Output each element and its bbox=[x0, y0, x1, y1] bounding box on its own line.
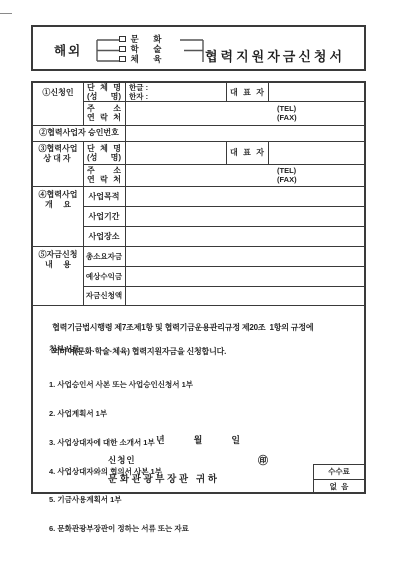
application-form-page: 해외 문 화 학 술 체 육 협력지원자금신청서 bbox=[0, 0, 400, 565]
approval-number-input-area[interactable] bbox=[125, 125, 365, 141]
counterpart-representative-input-area[interactable] bbox=[268, 141, 365, 164]
section-fund-request-label: ⑤자금신청 내 용 bbox=[33, 250, 83, 269]
attachment-item: 6. 문화관광부장관이 정하는 서류 또는 자료 bbox=[49, 524, 193, 534]
counterpart-name-input-area[interactable] bbox=[125, 141, 226, 164]
expected-revenue-label: 예상수익금 bbox=[83, 266, 125, 286]
section-approval-number-label: ②협력사업자 승인번호 bbox=[33, 128, 125, 138]
project-place-input-area[interactable] bbox=[125, 226, 365, 246]
divider bbox=[33, 305, 365, 306]
project-period-input-area[interactable] bbox=[125, 206, 365, 226]
total-funds-input-area[interactable] bbox=[125, 246, 365, 266]
option-label: 문 화 bbox=[131, 34, 162, 44]
recipient-line: 문 화 관 광 부 장 관 귀 하 bbox=[108, 471, 217, 485]
applicant-orgname-label: 단 체 명 (성 명) bbox=[83, 83, 125, 101]
option-label: 학 술 bbox=[131, 44, 162, 54]
page-title: 협력지원자금신청서 bbox=[205, 46, 345, 65]
fee-label: 수수료 bbox=[314, 465, 364, 480]
fee-value: 없 음 bbox=[314, 480, 364, 494]
project-place-label: 사업장소 bbox=[83, 226, 125, 246]
fee-box: 수수료 없 음 bbox=[313, 464, 364, 492]
form-title-box: 해외 문 화 학 술 체 육 협력지원자금신청서 bbox=[31, 25, 366, 71]
request-amount-input-area[interactable] bbox=[125, 286, 365, 305]
seal-icon: ㊞ bbox=[258, 452, 268, 467]
option-culture: 문 화 bbox=[119, 34, 162, 44]
applicant-address-label: 주 소 연 락 처 bbox=[83, 101, 125, 125]
title-prefix: 해외 bbox=[54, 41, 82, 59]
total-funds-label: 총소요자금 bbox=[83, 246, 125, 266]
attachment-item: 1. 사업승인서 사본 또는 사업승인신청서 1부 bbox=[49, 380, 193, 390]
checkbox-icon[interactable] bbox=[119, 56, 126, 63]
scan-artifact bbox=[0, 13, 12, 14]
project-period-label: 사업기간 bbox=[83, 206, 125, 226]
date-line: 년 월 일 bbox=[33, 433, 364, 446]
counterpart-contact-input-area[interactable]: (TEL) (FAX) bbox=[125, 164, 365, 186]
checkbox-icon[interactable] bbox=[119, 46, 126, 53]
applicant-representative-label: 대 표 자 bbox=[226, 83, 268, 101]
counterpart-orgname-label: 단 체 명 (성 명) bbox=[83, 141, 125, 164]
project-purpose-input-area[interactable] bbox=[125, 186, 365, 206]
checkbox-icon[interactable] bbox=[119, 36, 126, 43]
form-body-box: ①신청인 단 체 명 (성 명) 한글 : 한자 : 대 표 자 주 소 연 락… bbox=[31, 81, 366, 494]
attachment-item: 2. 사업계획서 1부 bbox=[49, 409, 193, 419]
counterpart-representative-label: 대 표 자 bbox=[226, 141, 268, 164]
option-sports: 체 육 bbox=[119, 54, 162, 64]
counterpart-address-label: 주 소 연 락 처 bbox=[83, 164, 125, 186]
applicant-name-input-area[interactable]: 한글 : 한자 : bbox=[125, 83, 226, 101]
project-purpose-label: 사업목적 bbox=[83, 186, 125, 206]
section-counterpart-label: ③협력사업 상대자 bbox=[33, 144, 83, 163]
expected-revenue-input-area[interactable] bbox=[125, 266, 365, 286]
option-label: 체 육 bbox=[131, 54, 162, 64]
section-overview-label: ④협력사업 개 요 bbox=[33, 190, 83, 209]
attachment-item: 5. 기금사용계획서 1부 bbox=[49, 495, 193, 505]
request-amount-label: 자금신청액 bbox=[83, 286, 125, 305]
section-applicant-label: ①신청인 bbox=[33, 88, 83, 98]
attachments-heading: 첨부서류: bbox=[49, 344, 83, 355]
option-academic: 학 술 bbox=[119, 44, 162, 54]
applicant-representative-input-area[interactable] bbox=[268, 83, 365, 101]
applicant-contact-input-area[interactable]: (TEL) (FAX) bbox=[125, 101, 365, 125]
left-bracket-icon bbox=[96, 38, 121, 63]
right-bracket-icon bbox=[178, 38, 205, 63]
applicant-signature-label: 신청인 bbox=[108, 454, 136, 466]
